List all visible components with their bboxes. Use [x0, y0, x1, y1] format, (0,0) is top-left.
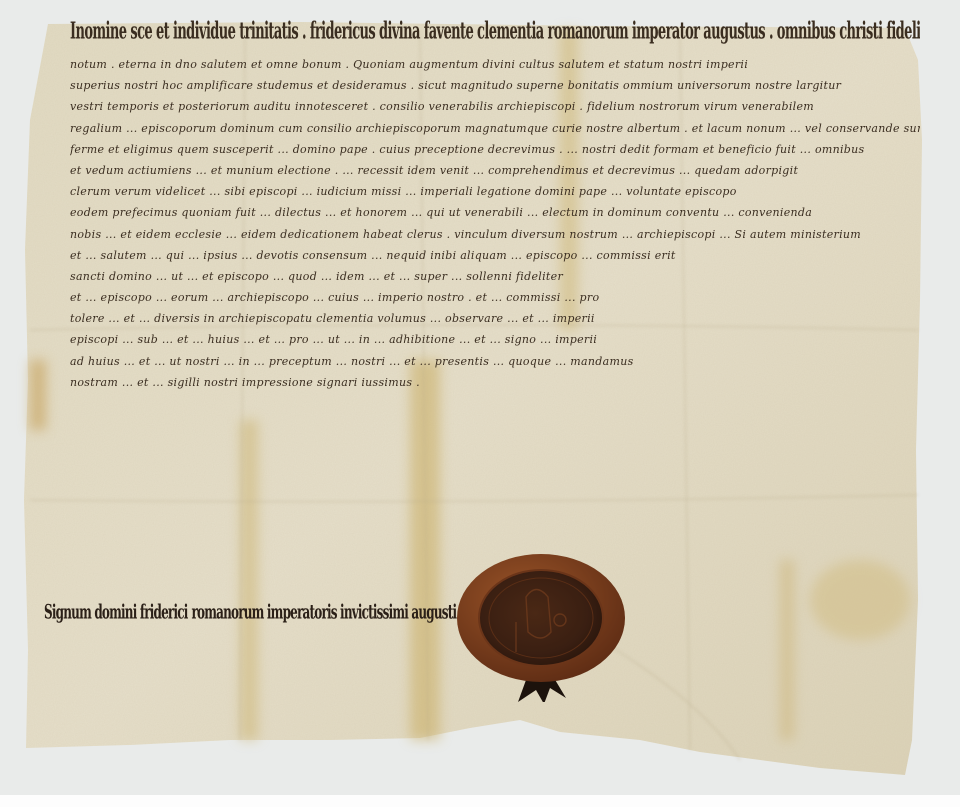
- charter-text: Inomine sce et individue trinitatis . fr…: [70, 28, 920, 393]
- charter-line-7: et vedum actiumiens ... et munium electi…: [70, 160, 920, 181]
- charter-line-14: tolere ... et ... diversis in archiepisc…: [70, 308, 920, 329]
- charter-line-1: Inomine sce et individue trinitatis . fr…: [70, 13, 920, 60]
- charter-line-9: eodem prefecimus quoniam fuit ... dilect…: [70, 202, 920, 223]
- charter-line-5: regalium ... episcoporum dominum cum con…: [70, 118, 920, 139]
- charter-line-17: nostram ... et ... sigilli nostri impres…: [70, 372, 580, 393]
- charter-line-13: et ... episcopo ... eorum ... archiepisc…: [70, 287, 920, 308]
- charter-line-11: et ... salutem ... qui ... ipsius ... de…: [70, 245, 920, 266]
- wax-seal-icon: [456, 552, 626, 702]
- charter-line-6: ferme et eligimus quem susceperit ... do…: [70, 139, 920, 160]
- charter-line-15: episcopi ... sub ... et ... huius ... et…: [70, 329, 920, 350]
- charter-line-16: ad huius ... et ... ut nostri ... in ...…: [70, 351, 920, 372]
- charter-line-12: sancti domino ... ut ... et episcopo ...…: [70, 266, 920, 287]
- charter-line-4: vestri temporis et posteriorum auditu in…: [70, 96, 920, 117]
- charter-line-8: clerum verum videlicet ... sibi episcopi…: [70, 181, 920, 202]
- signum-text-after: romanorum imperatoris invictissimi augus…: [191, 601, 456, 623]
- charter-line-10: nobis ... et eidem ecclesie ... eidem de…: [70, 224, 920, 245]
- charter-line-3: superius nostri hoc amplificare studemus…: [70, 75, 920, 96]
- signum-line: Signum domini friderici romanorum impera…: [44, 582, 374, 642]
- signum-text-before: Signum domini friderici: [44, 601, 187, 623]
